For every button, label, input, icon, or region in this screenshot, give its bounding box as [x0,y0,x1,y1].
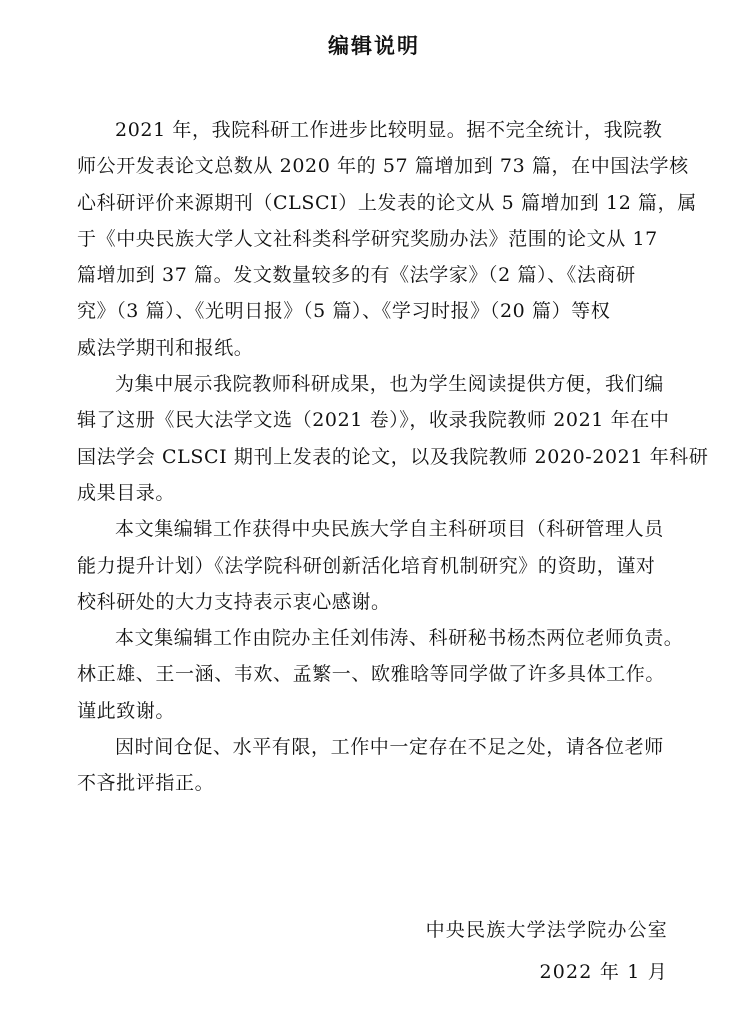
text-line: 究》（3 篇）、《光明日报》（5 篇）、《学习时报》（20 篇）等权 [77,293,677,329]
text-line: 成果目录。 [77,475,677,511]
text-line: 篇增加到 37 篇。发文数量较多的有《法学家》（2 篇）、《法商研 [77,257,677,293]
signature-organization: 中央民族大学法学院办公室 [426,915,668,942]
text-line: 心科研评价来源期刊（CLSCI）上发表的论文从 5 篇增加到 12 篇，属 [77,185,677,221]
text-line: 谨此致谢。 [77,693,677,729]
document-page: 编辑说明 2021 年，我院科研工作进步比较明显。据不完全统计，我院教 师公开发… [0,0,748,1030]
text-line: 因时间仓促、水平有限，工作中一定存在不足之处，请各位老师 [77,729,677,765]
text-line: 国法学会 CLSCI 期刊上发表的论文，以及我院教师 2020-2021 年科研 [77,439,677,475]
text-line: 能力提升计划）《法学院科研创新活化培育机制研究》的资助，谨对 [77,548,677,584]
text-line: 于《中央民族大学人文社科类科学研究奖励办法》范围的论文从 17 [77,221,677,257]
signature-date: 2022 年 1 月 [539,957,668,984]
document-body: 2021 年，我院科研工作进步比较明显。据不完全统计，我院教 师公开发表论文总数… [77,112,677,802]
text-line: 校科研处的大力支持表示衷心感谢。 [77,584,677,620]
page-title: 编辑说明 [0,30,748,60]
text-line: 林正雄、王一涵、韦欢、孟繁一、欧雅晗等同学做了许多具体工作。 [77,656,677,692]
text-line: 2021 年，我院科研工作进步比较明显。据不完全统计，我院教 [77,112,677,148]
text-line: 为集中展示我院教师科研成果，也为学生阅读提供方便，我们编 [77,366,677,402]
paragraph-funding: 本文集编辑工作获得中央民族大学自主科研项目（科研管理人员 能力提升计划）《法学院… [77,511,677,620]
text-line: 威法学期刊和报纸。 [77,330,677,366]
text-line: 辑了这册《民大法学文选（2021 卷）》，收录我院教师 2021 年在中 [77,402,677,438]
paragraph-closing: 因时间仓促、水平有限，工作中一定存在不足之处，请各位老师 不吝批评指正。 [77,729,677,802]
text-line: 师公开发表论文总数从 2020 年的 57 篇增加到 73 篇，在中国法学核 [77,148,677,184]
paragraph-acknowledgement: 本文集编辑工作由院办主任刘伟涛、科研秘书杨杰两位老师负责。 林正雄、王一涵、韦欢… [77,620,677,729]
paragraph-statistics: 2021 年，我院科研工作进步比较明显。据不完全统计，我院教 师公开发表论文总数… [77,112,677,366]
text-line: 不吝批评指正。 [77,765,677,801]
paragraph-purpose: 为集中展示我院教师科研成果，也为学生阅读提供方便，我们编 辑了这册《民大法学文选… [77,366,677,511]
text-line: 本文集编辑工作获得中央民族大学自主科研项目（科研管理人员 [77,511,677,547]
text-line: 本文集编辑工作由院办主任刘伟涛、科研秘书杨杰两位老师负责。 [77,620,677,656]
